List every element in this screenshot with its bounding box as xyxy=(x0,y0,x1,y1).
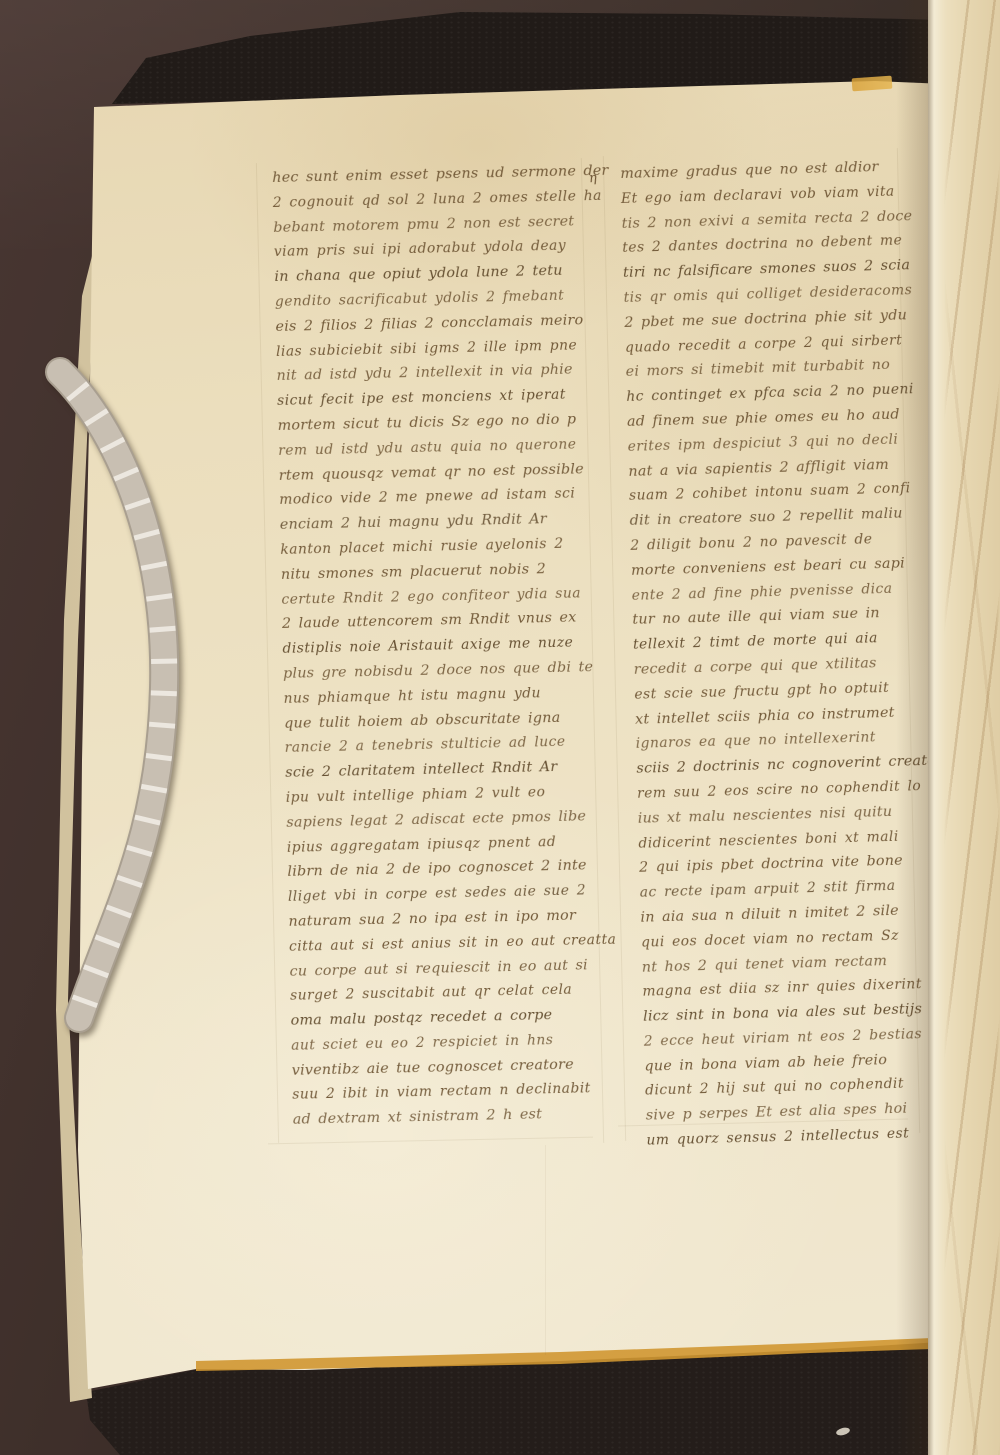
ruling-line xyxy=(545,1145,546,1355)
gilt-top-edge xyxy=(852,76,893,92)
manuscript-photograph: hec sunt enim esset psens ud sermone der… xyxy=(0,0,1000,1455)
next-leaf-faint-text xyxy=(928,0,1000,1455)
gutter-mark: η xyxy=(588,171,597,187)
text-column-right: maxime gradus que no est aldiorEt ego ia… xyxy=(620,154,947,1154)
next-leaf-curled-edge xyxy=(928,0,1000,1455)
text-column-left: hec sunt enim esset psens ud sermone der… xyxy=(272,159,615,1133)
